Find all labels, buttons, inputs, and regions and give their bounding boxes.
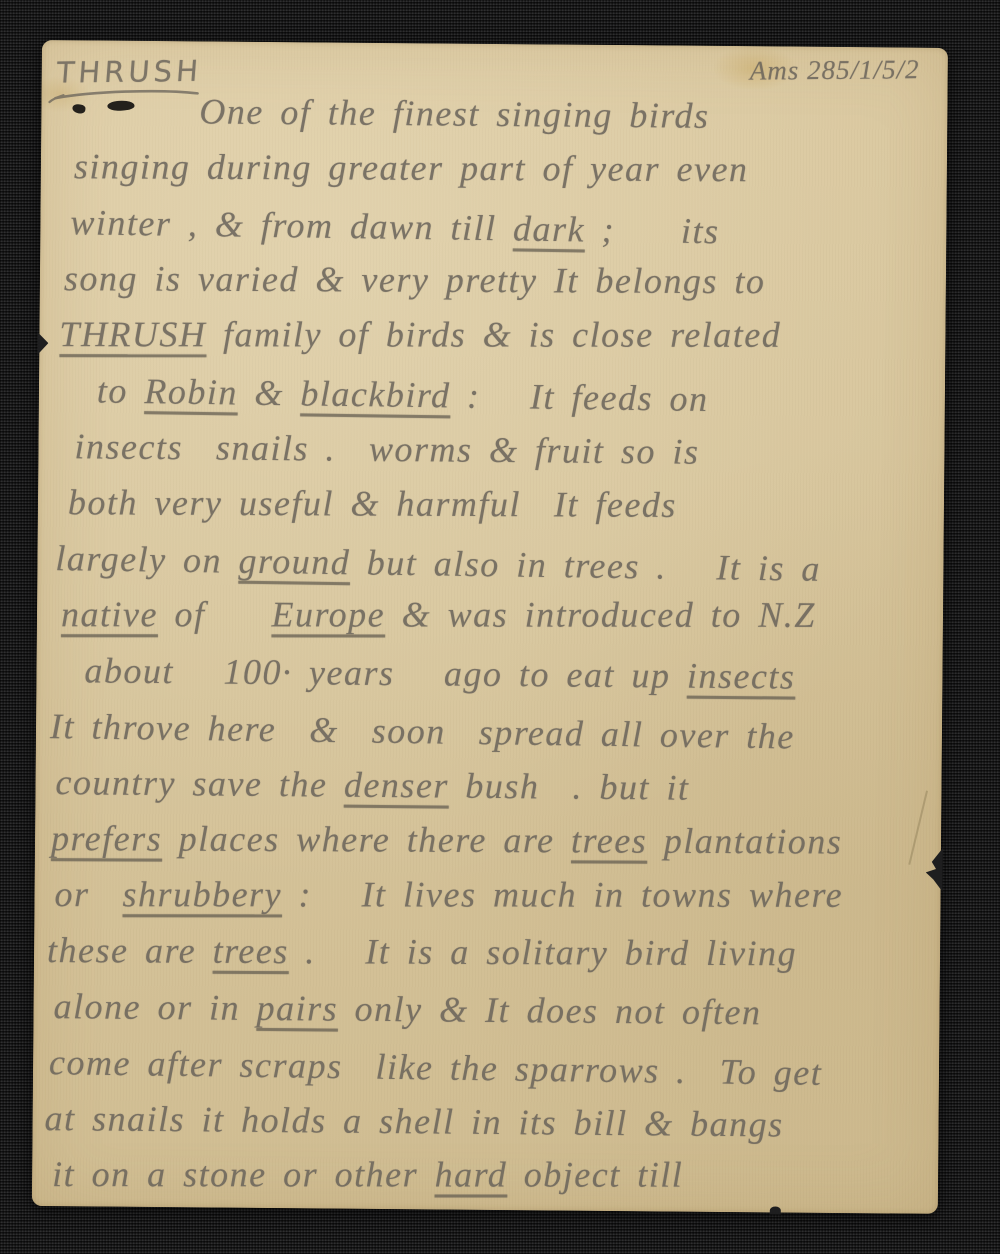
manuscript-body: One of the finest singing birdssinging d…	[32, 82, 948, 1210]
manuscript-line: THRUSH family of birds & is close relate…	[59, 306, 945, 363]
text-segment: both very useful & harmful It feeds	[68, 482, 677, 525]
underlined-word: ground	[238, 541, 350, 583]
text-segment: insects snails . worms & fruit so is	[74, 426, 699, 471]
underlined-word: dark	[513, 208, 586, 249]
underlined-word: trees	[571, 820, 647, 860]
underlined-word: native	[61, 594, 158, 634]
scan-background: THRUSH Ams 285/1/5/2 One of the finest s…	[0, 0, 1000, 1254]
manuscript-line: One of the finest singing birds	[199, 83, 947, 146]
text-segment: song is varied & very pretty It belongs …	[64, 258, 766, 301]
manuscript-line: insects snails . worms & fruit so is	[74, 418, 944, 482]
text-segment: One of the finest singing birds	[199, 91, 709, 135]
text-segment: object till	[507, 1155, 683, 1195]
underlined-word: pairs	[256, 988, 338, 1029]
text-segment: It throve here & soon spread all over th…	[50, 706, 795, 756]
text-segment: & was introduced to N.Z	[385, 594, 816, 634]
manuscript-page: THRUSH Ams 285/1/5/2 One of the finest s…	[32, 40, 948, 1214]
text-segment: come after scraps like the sparrows . To…	[49, 1042, 823, 1093]
text-segment: singing during greater part of year even	[74, 146, 749, 189]
text-segment: winter , & from dawn till	[70, 202, 513, 248]
underlined-word: Robin	[144, 371, 238, 412]
manuscript-line: at snails it holds a shell in its bill &…	[44, 1090, 938, 1154]
text-segment: it on a stone or other	[52, 1154, 435, 1194]
manuscript-line: native of Europe & was introduced to N.Z	[61, 586, 943, 643]
text-segment: &	[238, 372, 301, 413]
underlined-word: shrubbery	[123, 874, 283, 914]
manuscript-line: both very useful & harmful It feeds	[68, 474, 944, 534]
manuscript-line: country save the denser bush . but it	[55, 754, 941, 818]
text-segment: only & It does not often	[338, 989, 762, 1033]
underlined-word: Europe	[271, 594, 385, 634]
underlined-word: prefers	[51, 818, 162, 858]
text-segment: ; its	[585, 209, 720, 251]
text-segment: largely on	[55, 538, 239, 581]
text-segment: places where there are	[162, 819, 571, 861]
paper-notch-bottom-edge	[770, 1206, 781, 1214]
text-segment: but also in trees . It is a	[350, 542, 821, 589]
manuscript-line: prefers places where there are trees pla…	[51, 810, 941, 870]
text-segment: these are	[47, 930, 213, 971]
text-segment: about 100· years ago to eat up	[84, 650, 687, 695]
manuscript-line: song is varied & very pretty It belongs …	[64, 250, 946, 310]
text-segment: or	[55, 874, 123, 914]
text-segment: at snails it holds a shell in its bill &…	[44, 1098, 783, 1144]
text-segment: family of birds & is close related	[206, 314, 781, 355]
text-segment: : It lives much in towns where	[282, 874, 843, 914]
catalog-reference: Ams 285/1/5/2	[750, 54, 920, 86]
text-segment: . It is a solitary bird living	[289, 931, 797, 973]
text-segment: alone or in	[53, 986, 256, 1028]
underlined-word: THRUSH	[59, 314, 206, 354]
manuscript-line: about 100· years ago to eat up insects	[84, 642, 942, 705]
text-segment: country save the	[55, 762, 344, 805]
manuscript-line: these are trees . It is a solitary bird …	[47, 922, 940, 982]
underlined-word: blackbird	[300, 373, 451, 415]
text-segment: bush . but it	[449, 766, 690, 808]
underlined-word: trees	[213, 931, 289, 971]
text-segment: : It feeds on	[450, 375, 708, 419]
manuscript-line: or shrubbery : It lives much in towns wh…	[55, 866, 941, 923]
text-segment: of	[158, 594, 272, 634]
text-segment: plantations	[647, 821, 842, 862]
manuscript-line: it on a stone or other hard object till	[52, 1146, 938, 1203]
manuscript-line: singing during greater part of year even	[74, 138, 947, 198]
underlined-word: insects	[687, 656, 796, 697]
underlined-word: denser	[344, 765, 449, 806]
manuscript-line: alone or in pairs only & It does not oft…	[53, 978, 939, 1042]
text-segment: to	[97, 370, 145, 411]
underlined-word: hard	[435, 1154, 508, 1194]
